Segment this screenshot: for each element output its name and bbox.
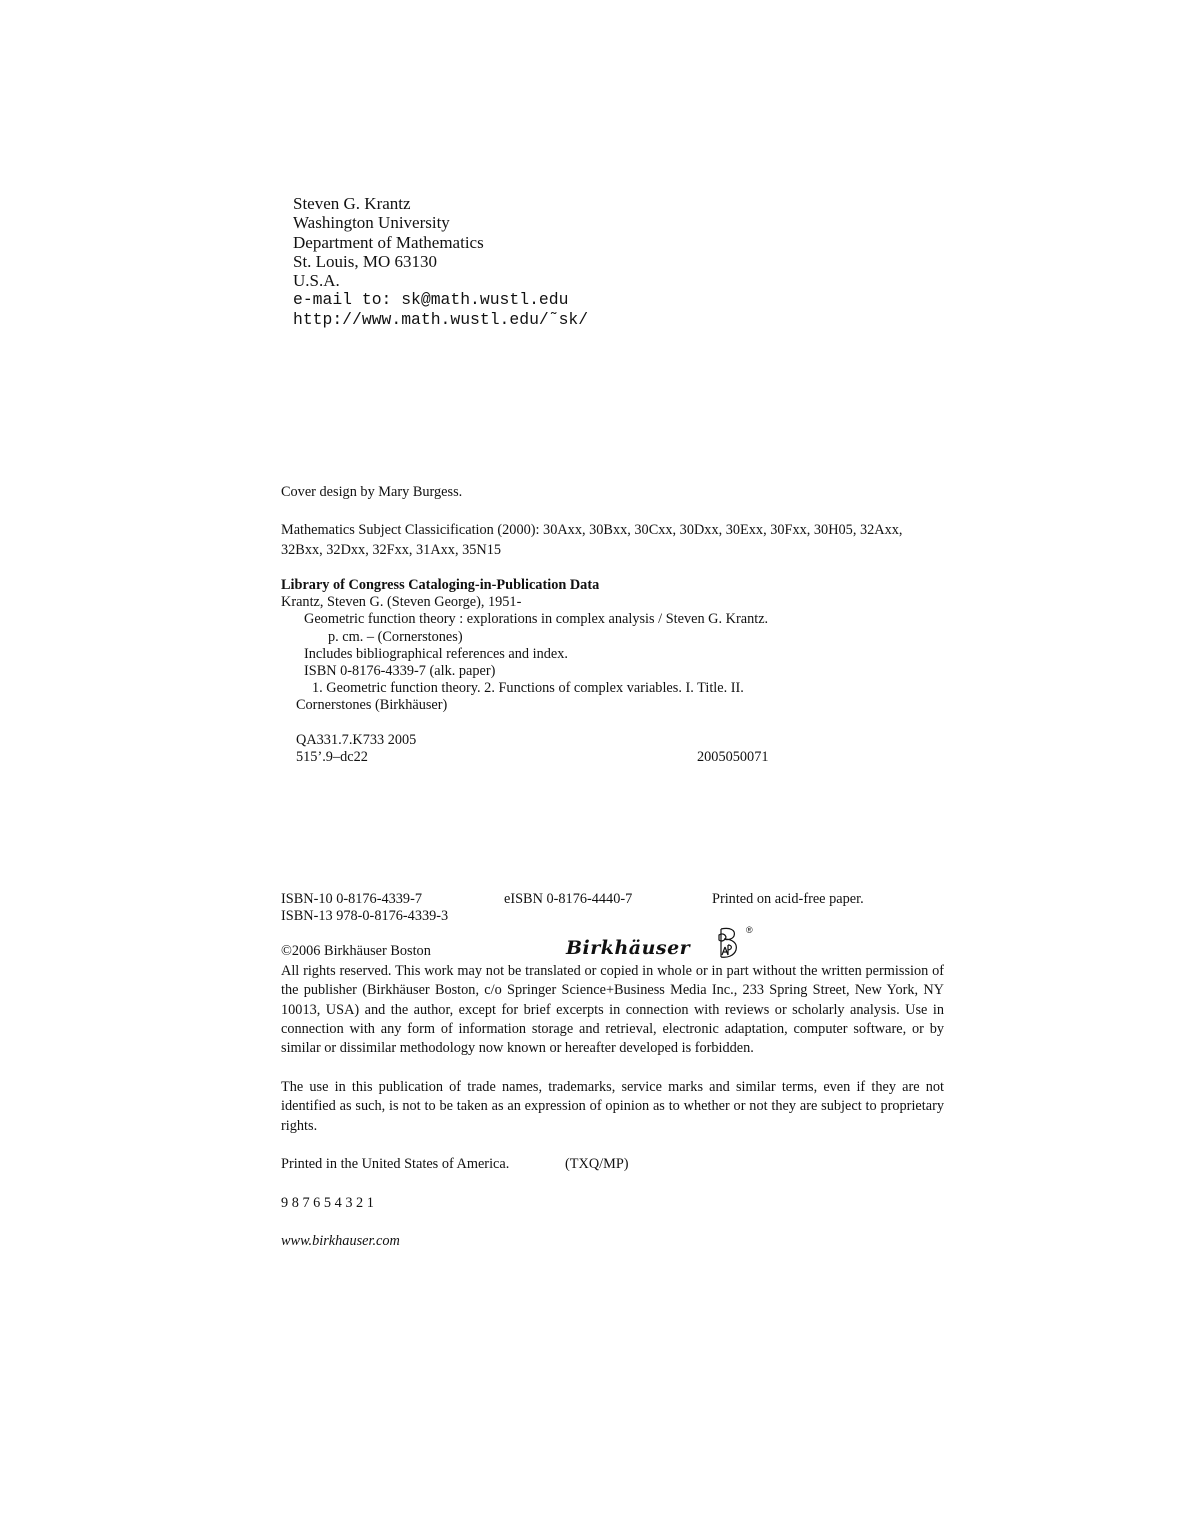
printer-code: (TXQ/MP) [565,1156,629,1173]
author-country: U.S.A. [293,271,588,290]
msc-line-1: Mathematics Subject Classicification (20… [281,520,902,540]
cip-data: Library of Congress Cataloging-in-Public… [281,577,768,766]
trademark-notice: The use in this publication of trade nam… [281,1078,944,1136]
cover-design-credit: Cover design by Mary Burgess. [281,484,462,501]
registered-mark: ® [746,925,753,935]
msc-line-2: 32Bxx, 32Dxx, 32Fxx, 31Axx, 35N15 [281,540,902,560]
rights-reserved-text: All rights reserved. This work may not b… [281,962,944,1058]
cip-dewey: 515’.9–dc22 [296,749,368,766]
cip-subjects: 1. Geometric function theory. 2. Functio… [281,680,768,697]
author-department: Department of Mathematics [293,233,588,252]
print-line: 9 8 7 6 5 4 3 2 1 [281,1195,374,1212]
copyright-notice: ©2006 Birkhäuser Boston [281,943,431,960]
cip-series: p. cm. – (Cornerstones) [281,629,768,646]
publisher-website[interactable]: www.birkhauser.com [281,1233,400,1250]
author-city: St. Louis, MO 63130 [293,252,588,271]
isbn-13: ISBN-13 978-0-8176-4339-3 [281,908,448,925]
author-name: Steven G. Krantz [293,194,588,213]
cip-author: Krantz, Steven G. (Steven George), 1951- [281,594,768,611]
author-email: e-mail to: sk@math.wustl.edu [293,290,588,310]
publisher-logo-text: Birkhäuser [566,937,690,959]
cip-includes: Includes bibliographical references and … [281,646,768,663]
cip-lccn: 2005050071 [697,749,768,766]
isbn-10: ISBN-10 0-8176-4339-7 [281,891,422,908]
cip-series-entry: Cornerstones (Birkhäuser) [281,697,768,714]
subject-classification: Mathematics Subject Classicification (20… [281,520,902,560]
printed-in-country: Printed in the United States of America. [281,1156,509,1173]
author-url: http://www.math.wustl.edu/˜sk/ [293,310,588,330]
cip-isbn: ISBN 0-8176-4339-7 (alk. paper) [281,663,768,680]
cip-heading: Library of Congress Cataloging-in-Public… [281,577,768,594]
eisbn: eISBN 0-8176-4440-7 [504,891,632,908]
birkhauser-monogram-icon [716,925,742,961]
cip-title: Geometric function theory : explorations… [281,611,768,628]
acid-free-note: Printed on acid-free paper. [712,891,864,908]
cip-call-number: QA331.7.K733 2005 [281,732,768,749]
author-address: Steven G. Krantz Washington University D… [293,194,588,330]
author-institution: Washington University [293,213,588,232]
